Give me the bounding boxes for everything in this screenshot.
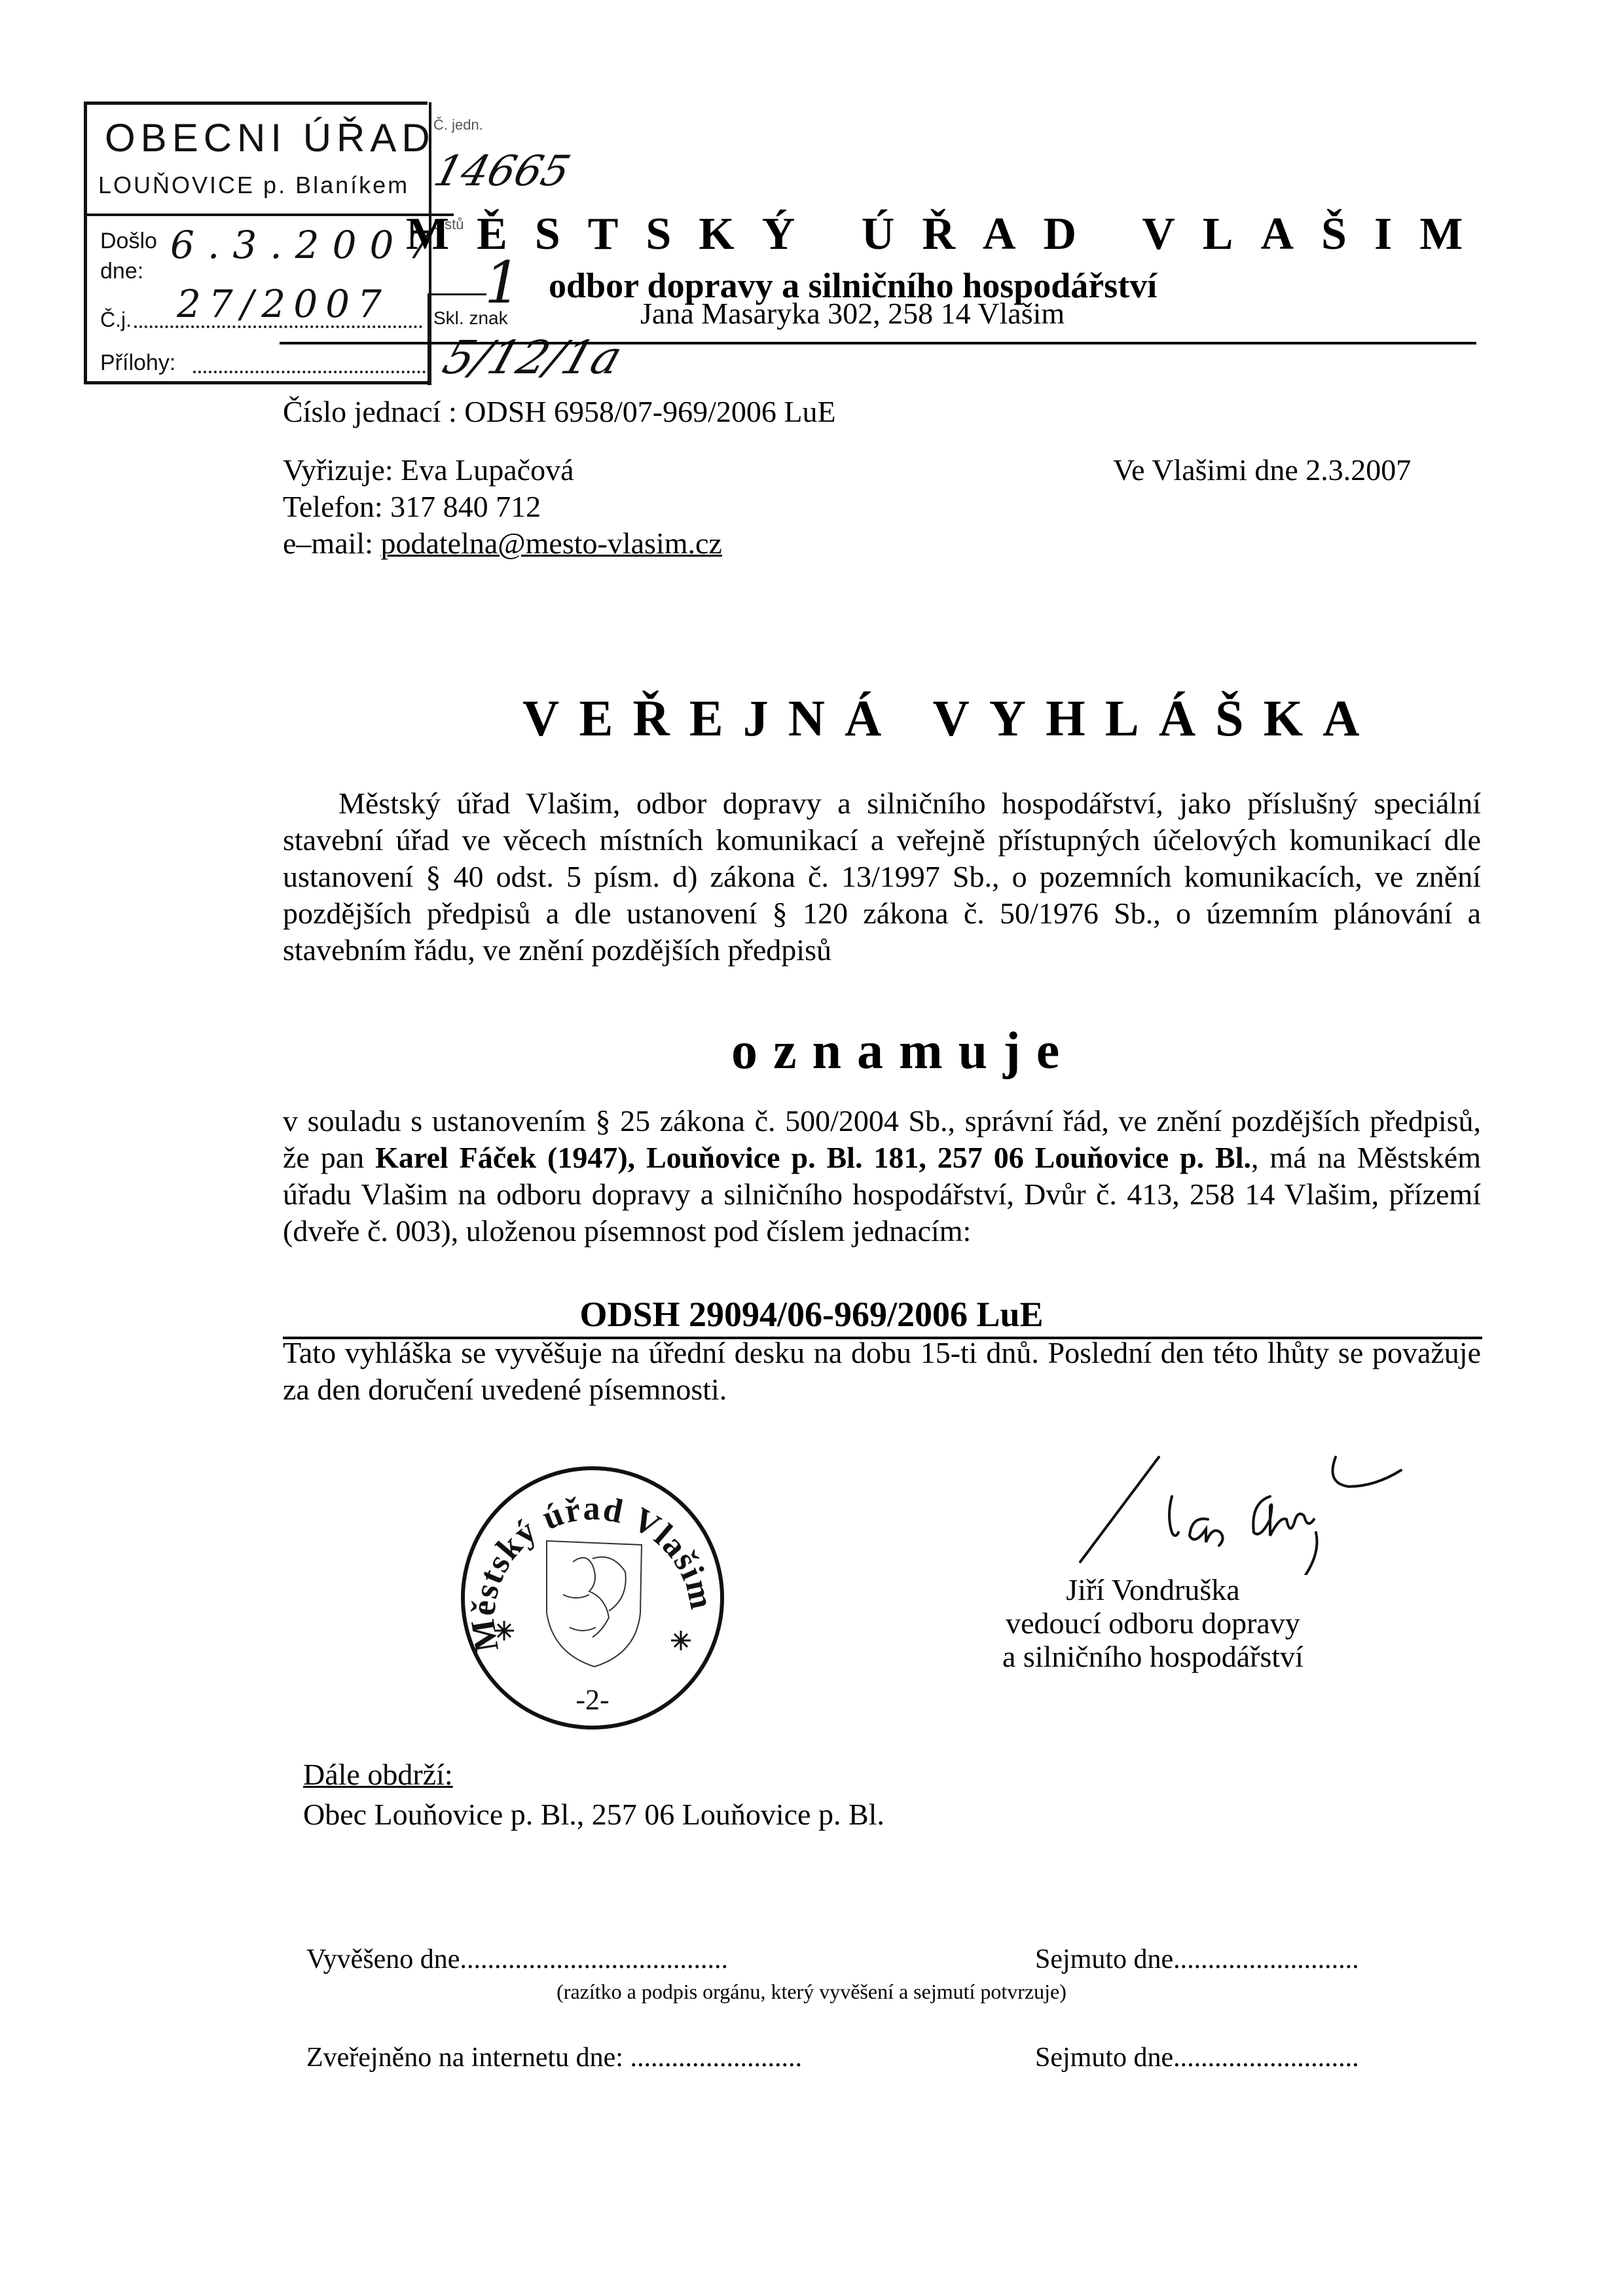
posting-paragraph: Tato vyhláška se vyvěšuje na úřední desk… [283,1335,1481,1408]
published-online-date-field: Zveřejněno na internetu dne: ...........… [306,2042,802,2073]
coat-of-arms-icon [547,1541,642,1667]
handwritten-filing: 5/12/1a [437,331,629,384]
reference-value: ODSH 6958/07-969/2006 LuE [464,395,835,428]
signatory-block: Jiří Vondruška vedoucí odboru dopravy a … [1002,1573,1304,1673]
handled-by: Vyřizuje: Eva Lupačová [283,452,722,489]
seal-number: -2- [575,1684,609,1716]
asterisk-icon [671,1631,691,1650]
file-reference: ODSH 29094/06-969/2006 LuE [0,1294,1623,1335]
stamp-filing-box [428,293,430,385]
phone: Telefon: 317 840 712 [283,489,722,525]
office-title: MĚSTSKÝ ÚŘAD VLAŠIM [406,208,1490,261]
handwritten-signature [1061,1451,1427,1575]
office-address: Jana Masaryka 302, 258 14 Vlašim [640,296,1065,331]
contact-block: Vyřizuje: Eva Lupačová Telefon: 317 840 … [283,452,722,562]
stamp-field-number: Č. jedn. [433,117,483,134]
reference-label: Číslo jednací : [283,395,457,428]
main-paragraph: v souladu s ustanovením § 25 zákona č. 5… [283,1103,1481,1250]
date-place: Ve Vlašimi dne 2.3.2007 [1113,452,1411,489]
signatory-role-2: a silničního hospodářství [1002,1640,1304,1673]
stamp-filing-box-top [428,293,486,295]
signatory-role: vedoucí odboru dopravy [1002,1606,1304,1640]
notice-title: VEŘEJNÁ VYHLÁŠKA [522,689,1379,748]
stamp-attachments-dotted-line [193,371,426,373]
handwritten-ref: 27/2007 [177,282,390,326]
stamp-office-town: LOUŇOVICE p. Blaníkem [98,172,409,199]
intro-paragraph: Městský úřad Vlašim, odbor dopravy a sil… [283,785,1481,969]
stamp-divider [87,213,454,216]
stamp-field-delivered: Došlo dne: [100,226,153,286]
recipient-name-address: Karel Fáček (1947), Louňovice p. Bl. 181… [375,1141,1251,1174]
removed-date-field: Sejmuto dne........................... [1035,1944,1359,1975]
handwritten-reg-number: 14665 [429,147,575,196]
stamp-field-ref: Č.j. [100,308,132,332]
email-label: e–mail: [283,527,380,560]
reference-number: Číslo jednací : ODSH 6958/07-969/2006 Lu… [283,394,836,430]
stamp-field-attachments: Přílohy: [100,350,175,376]
official-seal: Městský úřad Vlašim -2- [458,1464,727,1732]
signatory-name: Jiří Vondruška [1002,1573,1304,1606]
copies-label: Dále obdrží: [303,1757,453,1792]
letterhead-rule [280,342,1476,344]
email-line: e–mail: podatelna@mesto-vlasim.cz [283,525,722,562]
announce-heading: oznamuje [731,1022,1075,1081]
stamp-office-name: OBECNI ÚŘAD [105,115,435,160]
email-link[interactable]: podatelna@mesto-vlasim.cz [380,527,721,560]
stamp-note: (razítko a podpis orgánu, který vyvěšení… [0,1980,1623,2004]
copies-recipient: Obec Louňovice p. Bl., 257 06 Louňovice … [303,1797,884,1832]
handwritten-date: 6.3.2007 [170,223,444,267]
removed-online-date-field: Sejmuto dne........................... [1035,2042,1359,2073]
posted-date-field: Vyvěšeno dne............................… [306,1944,728,1975]
